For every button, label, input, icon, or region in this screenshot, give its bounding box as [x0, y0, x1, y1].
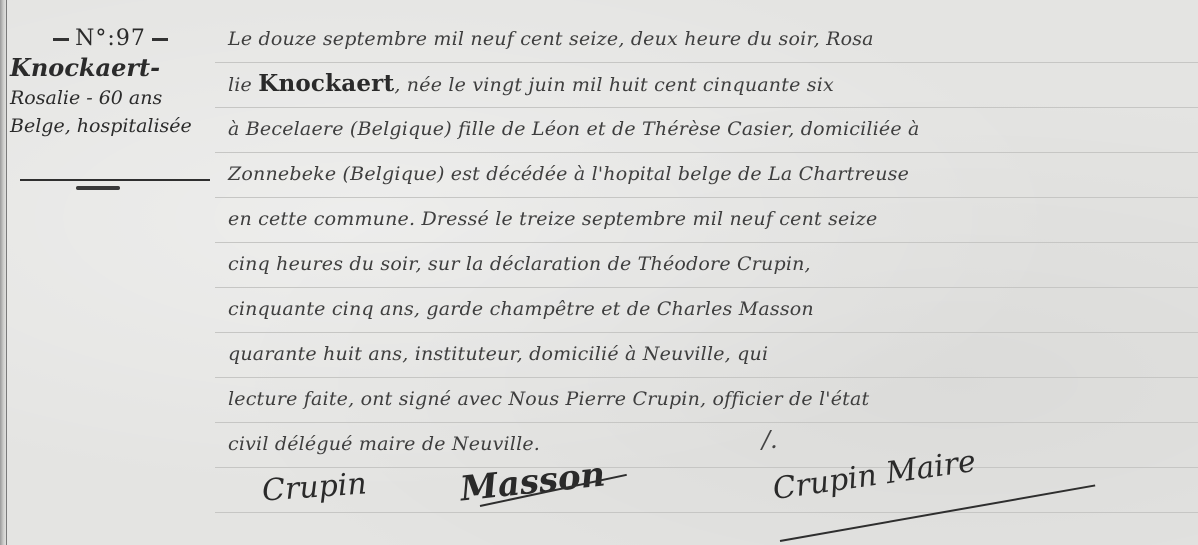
record-line-5: en cette commune. Dressé le treize septe…	[228, 202, 1193, 247]
dash	[152, 38, 168, 41]
record-line-3: à Becelaere (Belgique) fille de Léon et …	[228, 112, 1193, 157]
ruled-line	[215, 512, 1198, 513]
margin-rule-short	[76, 186, 120, 190]
dash	[53, 38, 69, 41]
record-line-10: civil délégué maire de Neuville.	[228, 427, 1193, 472]
record-line-7: cinquante cinq ans, garde champêtre et d…	[228, 292, 1193, 337]
record-body: Le douze septembre mil neuf cent seize, …	[228, 22, 1193, 472]
deceased-surname: Knockaert	[258, 70, 394, 97]
margin-annotation: N°:97 Knockaert- Rosalie - 60 ans Belge,…	[8, 26, 213, 140]
record-number: N°:97	[8, 26, 213, 52]
record-number-text: N°:97	[75, 26, 146, 51]
record-line-9: lecture faite, ont signé avec Nous Pierr…	[228, 382, 1193, 427]
margin-rule	[20, 179, 210, 181]
record-line-6: cinq heures du soir, sur la déclaration …	[228, 247, 1193, 292]
record-line-2: lie Knockaert, née le vingt juin mil hui…	[228, 67, 1193, 112]
signature-declarant-crupin: Crupin	[261, 466, 368, 508]
record-line-2-pre: lie	[228, 74, 258, 96]
record-line-2-post: , née le vingt juin mil huit cent cinqua…	[394, 74, 834, 96]
closing-mark: /.	[762, 426, 778, 454]
record-line-4: Zonnebeke (Belgique) est décédée à l'hop…	[228, 157, 1193, 202]
record-line-8: quarante huit ans, instituteur, domicili…	[228, 337, 1193, 382]
margin-status: Belge, hospitalisée	[10, 112, 213, 140]
binding-edge	[0, 0, 7, 545]
document-page: N°:97 Knockaert- Rosalie - 60 ans Belge,…	[0, 0, 1198, 545]
margin-given-name-age: Rosalie - 60 ans	[10, 84, 213, 112]
record-line-1: Le douze septembre mil neuf cent seize, …	[228, 22, 1193, 67]
margin-surname: Knockaert-	[10, 52, 213, 84]
